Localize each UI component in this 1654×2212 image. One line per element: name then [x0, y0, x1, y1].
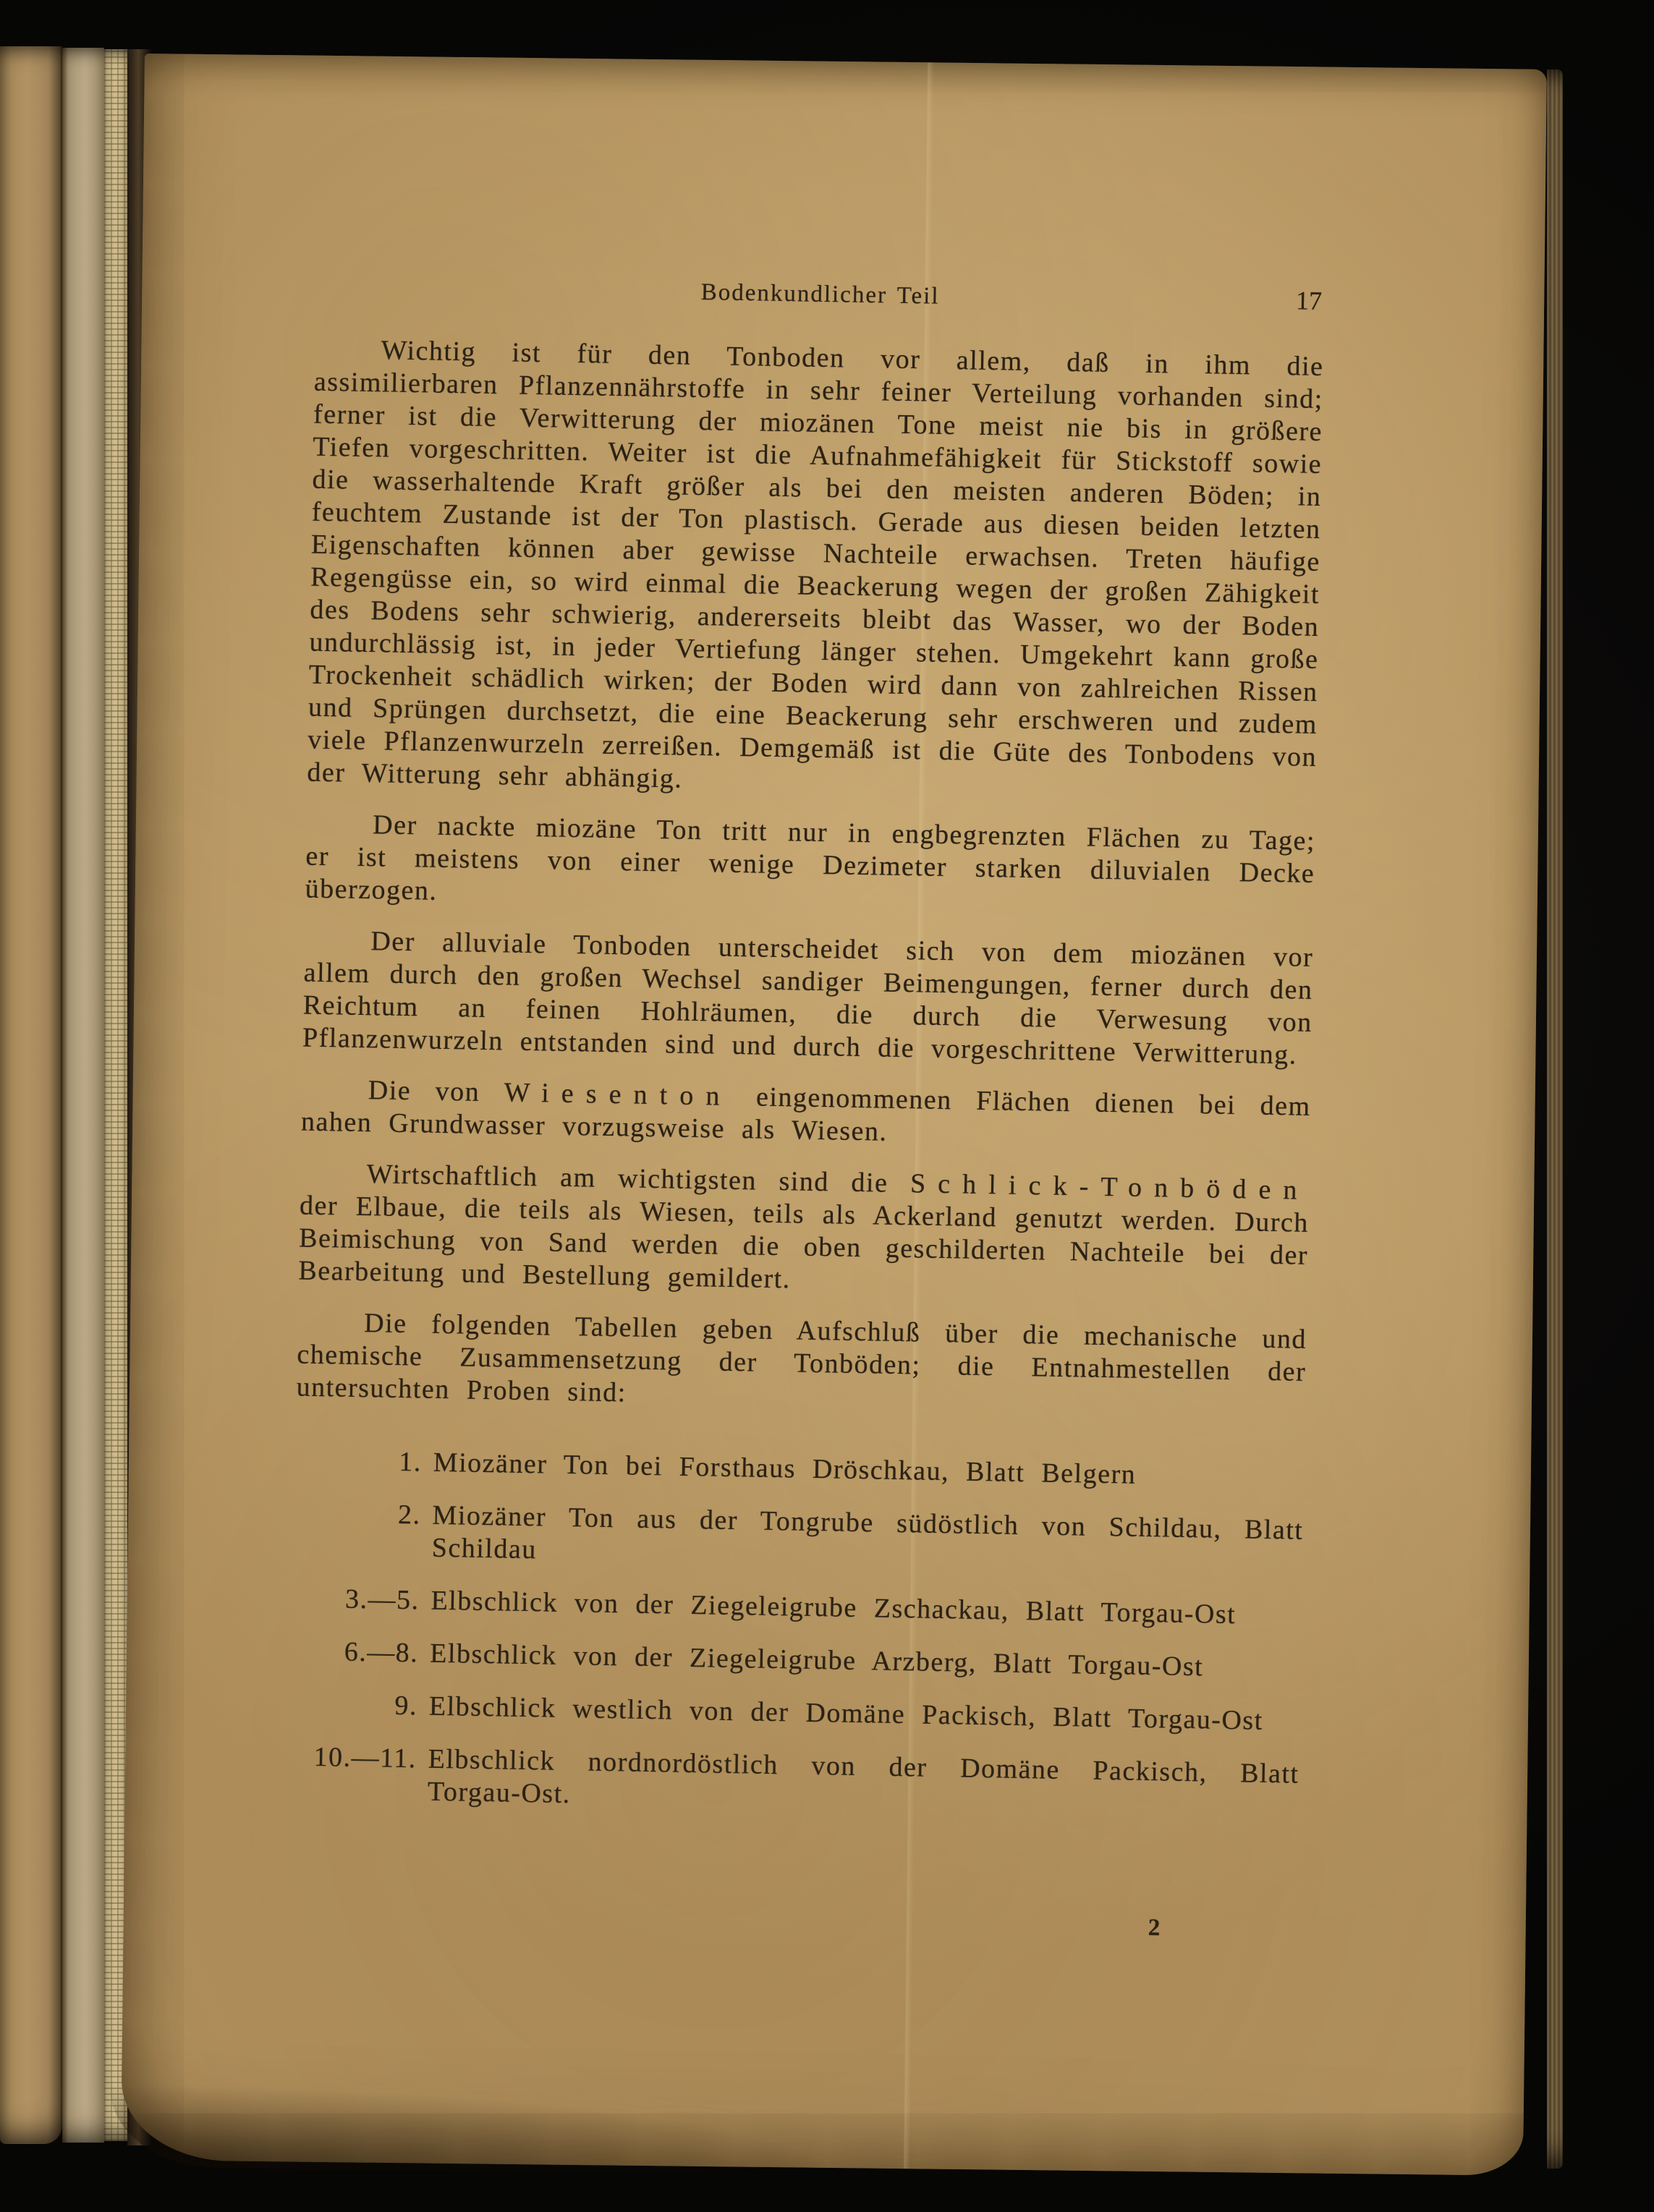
- list-item: 6.—8.Elbschlick von der Ziegeleigrube Ar…: [292, 1635, 1302, 1685]
- page-number: 17: [1296, 284, 1323, 318]
- list-item-text: Elbschlick nordnordöstlich von der Domän…: [428, 1743, 1299, 1824]
- page-edge-right: [1547, 69, 1563, 2169]
- text-run: Der alluviale Tonboden unterscheidet sic…: [302, 926, 1314, 1070]
- running-head: Bodenkundlicher Teil 17: [315, 270, 1326, 322]
- list-item: 9.Elbschlick westlich von der Domäne Pac…: [291, 1688, 1301, 1737]
- emphasized-term: Wiesenton: [504, 1077, 732, 1111]
- list-item-text: Elbschlick von der Ziegeleigrube Zschack…: [431, 1585, 1302, 1633]
- book-foredge-pages: [0, 46, 62, 2144]
- book-page-edge-strip: [62, 48, 104, 2143]
- paragraph: Die folgenden Tabellen geben Aufschluß ü…: [296, 1306, 1307, 1421]
- paragraph: Der alluviale Tonboden unterscheidet sic…: [302, 924, 1314, 1072]
- list-item: 2.Miozäner Ton aus der Tongrube südöstli…: [293, 1497, 1303, 1579]
- list-item-text: Elbschlick westlich von der Domäne Packi…: [429, 1690, 1301, 1738]
- list-item-number: 10.—11.: [289, 1740, 417, 1808]
- running-head-title: Bodenkundlicher Teil: [700, 276, 940, 313]
- list-item-text: Elbschlick von der Ziegeleigrube Arzberg…: [430, 1638, 1302, 1685]
- book-page: Bodenkundlicher Teil 17 Wichtig ist für …: [121, 54, 1547, 2176]
- paragraph: Wirtschaftlich am wichtigsten sind die S…: [298, 1157, 1310, 1305]
- emphasized-term: Schlick-Tonböden: [910, 1168, 1310, 1206]
- text-run: der Elbaue, die teils als Wiesen, teils …: [298, 1191, 1309, 1295]
- text-run: Der nackte miozäne Ton tritt nur in engb…: [305, 809, 1315, 906]
- text-column: Bodenkundlicher Teil 17 Wichtig ist für …: [289, 270, 1325, 1844]
- list-item: 3.—5.Elbschlick von der Ziegeleigrube Zs…: [292, 1582, 1302, 1632]
- signature-mark: 2: [1148, 1912, 1160, 1944]
- paragraph: Wichtig ist für den Tonboden vor allem, …: [307, 333, 1324, 807]
- paragraph: Der nackte miozäne Ton tritt nur in engb…: [305, 808, 1315, 923]
- list-item-number: 3.—5.: [292, 1582, 420, 1617]
- text-run: Die folgenden Tabellen geben Aufschluß ü…: [296, 1308, 1307, 1408]
- list-item-number: 1.: [294, 1444, 422, 1479]
- list-item-text: Miozäner Ton aus der Tongrube südöstlich…: [431, 1500, 1303, 1580]
- body-text: Wichtig ist für den Tonboden vor allem, …: [296, 333, 1324, 1421]
- scan-background: Bodenkundlicher Teil 17 Wichtig ist für …: [0, 0, 1654, 2212]
- list-item-number: 6.—8.: [292, 1635, 419, 1669]
- list-item-number: 9.: [291, 1688, 418, 1722]
- list-item-number: 2.: [293, 1497, 421, 1564]
- list-item: 1.Miozäner Ton bei Forsthaus Dröschkau, …: [294, 1444, 1305, 1494]
- text-run: Wichtig ist für den Tonboden vor allem, …: [307, 335, 1324, 794]
- text-run: Die von: [368, 1075, 504, 1107]
- list-item-text: Miozäner Ton bei Forsthaus Dröschkau, Bl…: [433, 1447, 1305, 1494]
- list-item: 10.—11.Elbschlick nordnordöstlich von de…: [289, 1740, 1299, 1823]
- paragraph: Die von Wiesenton eingenommenen Flächen …: [301, 1073, 1311, 1156]
- sample-location-list: 1.Miozäner Ton bei Forsthaus Dröschkau, …: [289, 1444, 1305, 1823]
